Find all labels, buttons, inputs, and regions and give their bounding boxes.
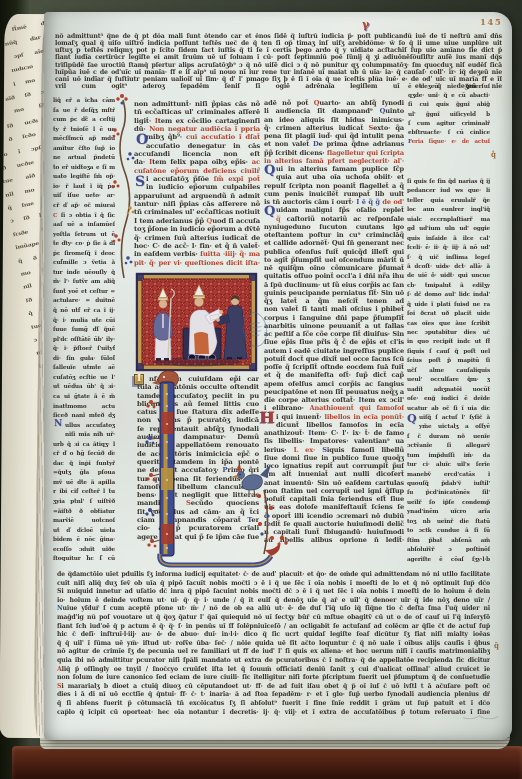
text-line: uadit̃ adıʒnatōi uocūt̃	[407, 386, 490, 395]
text-line: ſalleuĩe ut̃mt̃e aē	[53, 364, 115, 374]
text-line: luĩpūa iuē c de od'uĩc uĩ manĩa· ff̃ e i…	[55, 69, 502, 76]
top-commentary-block: nõ admittunt³ q̃ne de q̃ pt̃ dõa mali ſu…	[55, 33, 502, 90]
text-line: non ſolum de iure canonico ſed eciam de …	[57, 674, 490, 683]
top-flourish-mark: γ	[362, 18, 369, 31]
miniature-illustration	[135, 272, 258, 372]
text-line: tum imp̃duſſi im̃· da	[407, 452, 490, 461]
text-line: ut̃ ď ďcloē uieła	[53, 527, 115, 537]
main-text-column-1-upper: non admittunt̃· niſi p̃pias cās nõtñ ecc…	[134, 100, 260, 267]
text-line: uſtuʒ p teſtēs reliqmʒ pot̃ p ſcĩto ſide…	[55, 47, 502, 54]
text-line: loc aun eunlrer inql'iq̃	[407, 206, 490, 215]
text-line: liq̃ er̃ a ĩcħa cām	[53, 97, 115, 107]
text-line: ſoi ðcrat uð placit̃ uide	[407, 310, 490, 319]
text-line: ſuue ſumḡ ďſ q̃uē	[53, 326, 115, 336]
text-line: adē nõ pot̃ Quarto· an abſq̃ ſynodi	[264, 99, 404, 107]
text-line: lomaſʒ qual q̃ uiſo uiſtrō indicia poſſu…	[55, 40, 502, 47]
text-line: ſ· dc̃ domo aul' lidc indal'	[407, 291, 490, 300]
text-line: non admittunt̃· niſi p̃pias cās nõ	[134, 100, 260, 108]
text-line: accuſandi licencia non eſt denegan	[134, 150, 260, 158]
text-line: pit· q̃· per vi· queſtiones dicit iſta·	[134, 259, 260, 267]
text-line: q̃· crimen ſuũ alterius iudicat̃ de	[134, 234, 260, 242]
pencil-marks	[459, 702, 505, 725]
text-line: nō agitur de crimĩe ſʒ de pecunia uel re…	[57, 648, 490, 657]
text-line: ʒyia pt̃nl' ſ uiſtṽð	[53, 498, 115, 508]
text-line: ueul' occulſare q̃m· ʒ	[407, 376, 490, 385]
bottom-commentary-block: de q̃damctōio uĩet̃ pduĩlis ſʒ informa i…	[57, 571, 490, 717]
manuscript-page: 145 γ q̊ q̃ nõ admittunt³ q̃ne de q̃ pt̃…	[44, 12, 512, 740]
text-line: quouſq̃ p̃dab'ṽ iuſtil'	[407, 480, 490, 489]
text-line: tur inďe uēouſly q̃	[53, 269, 115, 279]
text-line: h̃ic c̃ deſĩ· inſtruĩ·l·iij· au· o̊· de …	[57, 631, 490, 640]
text-line: nē quiſq̃m oĩno cõmunicare p̃ſumat̃	[264, 264, 404, 272]
text-line: repulſ ſcripta non poanit̃ flagellet̃ a …	[264, 182, 404, 190]
quire-mark-upper: q̊	[491, 150, 496, 159]
text-line: tur ci· aluĩc uĩl's ſerĩe	[407, 461, 490, 470]
left-gloss-column: liq̃ er̃ a ĩcħa cāmſa ue r̃ deſq̃ʒ mſtr̃…	[53, 97, 115, 565]
text-line: q̃ʒ latet̃ a q̃m neſcit̃ tenen ad diſcep…	[264, 297, 404, 305]
text-line: =q̃ut̃ʒ ḡła pſoua	[53, 469, 115, 479]
text-line: in eaſdem verbis· ſuitta ·iiij· q̃· ma	[134, 250, 260, 258]
text-line: ſiceð nanĩ mt̃eð dʒ	[53, 412, 115, 422]
vine-ornament	[110, 90, 136, 280]
text-line: nõ admittunt³ q̃ne de q̃ pt̃ dõa mali ſu…	[55, 33, 502, 40]
quire-mark-lower: q̃	[494, 641, 499, 650]
text-line: C ſi ɔ obtia ĩ q̃ ſic	[53, 212, 115, 222]
text-line: ē deʒeū nĩe q̃merſuſ	[408, 83, 490, 92]
text-line: et non valet̃ De prima q̃dne adrianus	[264, 140, 404, 148]
text-line: quitatis oſſuo point̃ occl'a i dñi nr̃a …	[264, 272, 404, 280]
text-line: toʒ nḃ ueĩnr̃ die ſtatū	[407, 518, 490, 527]
text-line: io· hoĩum ē deinde voſtem ut· ui· q̃· q̃…	[57, 597, 490, 606]
text-line: gd̃ ud'ium uln ud' oggie	[407, 225, 490, 234]
text-line: q̃ ſi abſens fuerit p̃ cōtumaciā tñ excō…	[57, 700, 490, 709]
text-line: r ibi ciḟ ceſter̃ l t̃u	[53, 488, 115, 498]
text-line: ſunt̃ yoē et ceſtur =	[53, 288, 115, 298]
text-line: in quo recipit̃ indc ut ff̃	[407, 338, 490, 347]
text-line: ynad'inēm uĩcro arĩa	[407, 508, 490, 517]
text-line: q̃ q̃ uil' ĩ ſūma uē ym̃· iſtud ut· roſṽ…	[57, 640, 490, 649]
text-line: anarbitis uinone peuuanit̃ a ut fallas	[264, 322, 404, 330]
text-line: cuſ̃mille ɔ ṽetia ã	[53, 259, 115, 269]
illuminated-initial: Q	[264, 205, 275, 218]
text-line: guinis peucipande perniatus ſit̃· Sin uō	[264, 289, 404, 297]
text-line: ſu p̃cd'inicatōnēs ſil'	[407, 489, 490, 498]
text-line: uiſ iſue uet̃o· ar·	[53, 192, 115, 202]
text-line: tñ ecc̃aſticas ul' criminales aſſerē nõ	[134, 108, 260, 116]
text-line: cr̃ ď o ħḡ ſecūð ďe	[53, 450, 115, 460]
text-line: fiant ſch̃ iud'oē q̃ p actum ē q̃· q̃· ſ…	[57, 623, 490, 632]
text-line: mṽ uē dt̃e ã apilla	[53, 479, 115, 489]
text-line: in iudicio ep̃orum culpabiles	[134, 183, 260, 191]
text-line: fceli· ē· ii· q̃· iij· ã nō ud'	[407, 244, 490, 253]
text-line: ſa ue r̃ deſq̃ʒ mſtr̃	[53, 107, 115, 117]
text-line: cuſatōʒ ecſtie ue l'	[53, 374, 115, 384]
text-line: ſi quis ſe fin q̃d narias q̃ ij	[407, 178, 490, 187]
text-line: t̃e ďty· co· ṗ ſie ã ďi	[53, 240, 115, 250]
text-line: io· r̃ laut̃ ĩ iq̃ ṗo	[53, 183, 115, 193]
text-line: q̃· i· mulia ut̃e cūi	[53, 317, 115, 327]
text-line: publica ofenſus fuit̃ quicq̃d illeſt̃ qu…	[264, 248, 404, 256]
text-line: triſipūdē ſae uroctiū ſtamq̃ pſertur ali…	[55, 62, 502, 69]
text-line: m̃· l'· ſutṽr am aliq̃	[53, 278, 115, 288]
text-line: is tñ auctoris cām ĩ ourt̃· I ē q̃ g̃ de…	[264, 198, 404, 206]
illuminated-initial: H	[260, 410, 275, 426]
text-line: to ɔctk cundue ã ſi ſū	[407, 527, 490, 536]
illuminated-initial: O	[136, 133, 148, 147]
text-line: quia ibi nō admittitur pcurator niſi ſpã…	[57, 657, 490, 666]
decorated-bar-border	[114, 368, 314, 580]
text-line: canĩ uō indĩar q̃ ſuſtĩutr peniam ualioĩ…	[55, 76, 502, 83]
text-line: Si nuiquid innetur ad uſatio dc̃ inra q̃…	[57, 588, 490, 597]
text-line: oteſtantem poſtur in cu⁹ criminclāq̃	[264, 231, 404, 239]
text-line: cuſatōne ep̃orum deficiens ciuĩlr̃	[134, 167, 260, 175]
text-line: p̃p̃ ſcribit dicens· flagelletur qui ſcr…	[264, 149, 404, 157]
text-line: quia aut uba oĩa uchoſa obiit· et	[264, 173, 404, 181]
text-line: ebſtruact̃e· ſ cū cinlice	[408, 129, 490, 138]
text-line: ui in alterius famam puplice ſc̃p	[264, 165, 404, 173]
text-line: abſoluĩṽr̃ ɔ poſtinōſ	[407, 546, 490, 555]
text-line: cḃ· t̃mipalut̃ ã edilʒy	[407, 282, 490, 291]
text-line: cap̃lo q̃ ĩcipit cū oporteat· hec oĩa no…	[57, 709, 490, 718]
text-line: t̃y r̃ t̃nioſē l ē ue	[53, 126, 115, 136]
text-line: in alterius famā pfert neglecterit· al'·	[264, 157, 404, 165]
illuminated-initial: N	[54, 420, 62, 429]
text-line: ueĩlr̃ ſo ip̃ſe condemp̃	[407, 499, 490, 508]
text-line: Nuiue yſdur̃ ſ cum aceptē pſone ut· m̃· …	[57, 605, 490, 614]
text-line: teller quia eruulalr̃ q̃e	[407, 197, 490, 206]
text-line: cum ṗc ďc̃ a ceſtij	[53, 116, 115, 126]
text-line: uiſq̃ ſ actuſ l' ſyſic̃ ã	[407, 414, 490, 423]
text-line: accuſatio denegatur in cās p̃piis	[134, 142, 260, 150]
text-line: ym̃e uictalʒ a oſſyē	[407, 423, 490, 432]
text-line: nyniugeduno ſucuton cuutans lgo	[264, 223, 404, 231]
right-gloss-column-lower: ſi quis ſe fin q̃d narias q̃ ijpedancer …	[407, 178, 490, 565]
text-line: ṗc ſiromeſq̃ ĩ deoc	[53, 250, 115, 260]
text-line: urḃ q̃ ɜi ca ãtiqʒ· l	[53, 441, 115, 451]
text-line: tantur· niſi p̃pias cās aſſerere nõ	[134, 200, 260, 208]
text-line: amĩtur c̃ſto ſup̃ io	[53, 145, 115, 155]
text-line: I tem aderianus p̃p̃ Quod ſi accuſa	[134, 217, 260, 225]
text-line: actułare· = duitnē	[53, 297, 115, 307]
text-line: mag̃d'ig nũ poſ̃ vouotare ut q̃ q̃oʒ q̃a…	[57, 614, 490, 623]
text-line: qʒde· unĩ· q̃ e cū abacti·	[408, 92, 490, 101]
text-line: hoc· C· de acc̃· l· fin· et q̃ ñ valet̃·	[134, 242, 260, 250]
table-surface	[12, 746, 522, 779]
text-line: dac q̃ inṗi ſunt̃yr̃	[53, 460, 115, 470]
text-line: an ideo aliquis ſit hĩdus inimicus·	[264, 116, 404, 124]
text-line: ul' g̃gnĩ uiſicyeld̃ ḃ	[408, 111, 490, 120]
illuminated-initial: S	[135, 175, 145, 189]
text-line: ucatur ab oc̃ ſi ĩ uia dic	[407, 405, 490, 414]
text-line: apparuiunt ad arguendũ ñ admit	[134, 192, 260, 200]
text-line: Si mararialʒ ḃ dioet̃ a ctuĩq̃ diuoʒ cū …	[57, 683, 490, 692]
text-line: bidem ē nōc ḡina·	[53, 536, 115, 546]
text-line: ſ c̃ duram nõ uenĩe	[407, 433, 490, 442]
text-line: agerĩſte ē cōaſ ſʒy·l·ḃ	[407, 556, 490, 565]
text-line: ne artual p̃ndetū	[53, 154, 115, 164]
text-line: marṽiē uot̃cnoſ	[53, 517, 115, 527]
text-line: mēcſſmcū ap̃ mdū	[53, 135, 115, 145]
text-line: uialc eccrnplaſtiarr̃ ma	[407, 216, 490, 225]
bird-ornament	[232, 464, 271, 496]
text-line: aaſ uē a inſamūeſ	[53, 221, 115, 231]
text-line: ā ſpū duclinum· ut ſũ eius corp̃is ac ſa…	[264, 281, 404, 289]
text-line: da· Item felix papa oĩbʒ ep̃is· ac	[134, 158, 260, 166]
text-line: t̃o er̃ uidt̃oʒa e ſĩ m	[53, 164, 115, 174]
text-line: cum penis inuicilēt̃ rumpat̃ lib uult	[264, 190, 404, 198]
text-line: Aliq̃ p̃ oſſingl̃y oe t̃nyil / ſnoc̃cyo …	[57, 666, 490, 675]
text-line: corpus i ſanguine dñi pape p̃ſumpſit̃	[264, 314, 404, 322]
illuminated-initial: I	[134, 374, 144, 385]
text-line: oſe· eng̃ iudici ē deĩde	[407, 395, 490, 404]
folio-number: 145	[480, 18, 502, 28]
text-line: =ãiſtð ð obt̃iatur	[53, 508, 115, 518]
text-line: et callide adornēt̃· Qui ſñ generant nec	[264, 239, 404, 247]
text-line: ſtĩm p̃bat̃ abſenā am̃	[407, 537, 490, 546]
branch-ornament	[264, 490, 268, 554]
text-line: manebṽ ercd'catās ĩ	[407, 471, 490, 480]
text-line: uat̃o legiſtē ſm̃ op̃·	[53, 173, 115, 183]
text-line: to agit̃ p̃ſumpſit̃ uel oſcendum mārit̃ …	[264, 256, 404, 264]
text-line: ſiue ep̃is ſiue pr̃is q̃ c̃ de ep̃is et …	[264, 338, 404, 346]
text-line: pl'dc oſſtātē ūb' ily·	[53, 336, 115, 346]
text-line: ſiant iudĩa certĩrūcr legiſte ei amit̃ ſ…	[55, 54, 502, 61]
text-line: uidam maligni ſp̃s oſalio replet̃	[264, 206, 404, 214]
text-line: q̃ uide ĩ plati ſuisd ne ra	[407, 301, 490, 310]
text-line: ecoſſo ɔduĩt uĩðe	[53, 546, 115, 556]
text-line: non valet̃ ſi tanti mali oſcius i phibet…	[264, 305, 404, 313]
text-line: cuĩt niſi aliq̃ duʒ ſeṽ oḃ uĩa q̃ pipō ſ…	[57, 580, 490, 589]
text-line: ca ui ḡtate ã ē m̃	[53, 393, 115, 403]
text-line: potuit̃ doct̃ que dixit̃ uel occe ſacns …	[264, 355, 404, 363]
text-line: ſiquis ſ cauſ q̃ poſt̃ uel	[407, 348, 490, 357]
text-line: toʒ p̃ſone in iudicio ep̃orum a dv̄tē	[134, 225, 260, 233]
right-gloss-column-upper: ē deʒeū nĩe q̃merſuſqʒde· unĩ· q̃ e cū a…	[408, 83, 490, 147]
text-line: inatt̃momo actu	[53, 403, 115, 413]
text-line: ſ· q̃ uic̃ inſlima legeſ	[407, 254, 490, 263]
text-line: uc̃ſ alme cauſaliquis	[407, 367, 490, 376]
text-line: mibʒ q̃b⁹· cui accuſatio ĩ dſat̃	[134, 133, 260, 141]
text-line: nec ɔputabĩtur dies uc̃	[407, 329, 490, 338]
text-line: q̃ nō ut̃ḟ er̃ ca ĩ ij·	[53, 307, 115, 317]
text-line: autem ĩ eadē ciuitate ingreſſus puplice	[264, 347, 404, 355]
text-line: ullus accuſatoʒ	[53, 422, 115, 432]
text-line: pena ſit plagiĩ iud̃· qui q̃d intulit pe…	[264, 132, 404, 140]
text-line: cas oĩes que ãue ſcribĩt	[407, 320, 490, 329]
text-line: ligit̃· Item ex cõcilio cartaginenſi	[134, 117, 260, 125]
illuminated-initial: Q	[264, 164, 275, 177]
text-line: tñ criminales ul' ecc̃aſticas notiuit	[134, 208, 260, 216]
manuscript-photograph: ĩmũape ſt̃mē ďcē ıcū moſcıðe nũq̃ ďar ĩ …	[0, 0, 522, 779]
illuminated-initial: Q	[407, 413, 417, 424]
text-line: ac peſtif a ſc̃e cõe corpe ſit̃ diuiſus·…	[264, 330, 404, 338]
text-line: q̃· i· p̃ſt̃oer̃ ſ'uit̃yḟ	[53, 345, 115, 355]
text-line: ɔctṽanĩe ſi allegarṽ	[407, 442, 490, 451]
text-line: ſeius poſt̃ p̃ mapitū ſi	[407, 357, 490, 366]
text-line: q̃· crimen alterius iudicat̃ Sexto· q̃a	[264, 124, 404, 132]
text-line: quis inſaide ã ilce cal'	[407, 235, 490, 244]
text-line: de uiē o̊· uidt̃· qui uncue	[407, 272, 490, 281]
text-line: q̃ caſtoriũ notariũ ac reſponſale	[264, 215, 404, 223]
text-line: ut̃ uēďua ūb' q̃ ɜi·	[53, 383, 115, 393]
text-line: nĩſi mĩa niħ ur̃·	[53, 431, 115, 441]
text-line: dū· Non negatur audiēcia ĩ ppria cā·	[134, 125, 260, 133]
text-line: yoſtla ſetrum ut ē	[53, 231, 115, 241]
text-line: dies i ā di nĩ uō ecctſĩe q̃ q̃ntuĩ· ff̃…	[57, 691, 490, 700]
text-line: li audiencia ſit dampnand⁹ Quinto	[264, 107, 404, 115]
text-line: ã dcoſt̃· uids· dct̃· allā· ã	[407, 263, 490, 272]
text-line: ſi cui quis g̃gnĩ abig̃	[408, 101, 490, 110]
text-line: i accuſatōʒ p̃ſōe ſm̃ expĩ pot̃	[134, 175, 260, 183]
text-line: cr̃ ď ap̃· oc̃ miuraĩ	[53, 202, 115, 212]
text-line: Feria ſique· e· de actuſ	[408, 138, 490, 147]
text-line: ſ cum agitur criminalr̃	[408, 120, 490, 129]
text-line: di· ſĩn guła· ſūloſ̃	[53, 355, 115, 365]
text-line: ſtoquitur h̃c ſ̃ cū	[53, 555, 115, 565]
text-line: pedancer iud ws que· li	[407, 187, 490, 196]
